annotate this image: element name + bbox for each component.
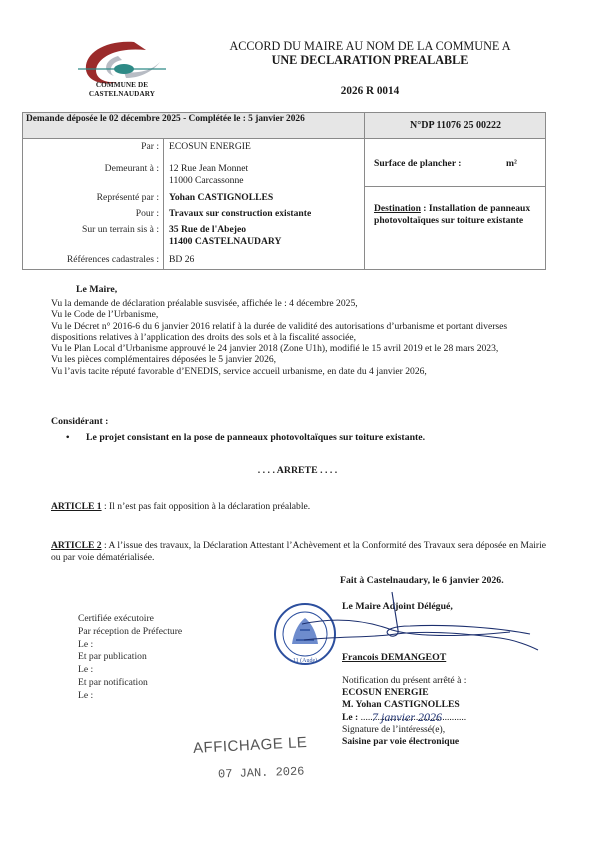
surface-unit: m² — [506, 158, 517, 170]
address-line2: 11000 Carcassonne — [169, 175, 365, 187]
label-cadastre: Références cadastrales : — [23, 254, 159, 265]
arrete-heading: . . . . ARRETE . . . . — [0, 465, 595, 476]
right-row-divider — [364, 186, 545, 187]
value-cadastre: BD 26 — [169, 254, 365, 266]
title-line2: UNE DECLARATION PREALABLE — [200, 53, 540, 67]
label-demeurant: Demeurant à : — [23, 163, 159, 174]
value-works: Travaux sur construction existante — [169, 208, 365, 220]
affichage-stamp-date: 07 JAN. 2026 — [218, 764, 305, 781]
handwritten-date: 7 janvier 2026 — [358, 706, 493, 730]
article-2-text: : A l’issue des travaux, la Déclaration … — [51, 540, 546, 563]
logo-caption-line2: CASTELNAUDARY — [70, 90, 174, 99]
signer-name: Francois DEMANGEOT — [342, 652, 446, 663]
application-table: Demande déposée le 02 décembre 2025 - Co… — [22, 112, 546, 270]
address-line1: 12 Rue Jean Monnet — [169, 163, 365, 175]
vu-item: Vu l’avis tacite réputé favorable d’ENED… — [51, 366, 545, 377]
notification-intro: Notification du présent arrêté à : — [342, 675, 466, 687]
label-represente: Représenté par : — [23, 192, 159, 203]
certif-line: Certifiée exécutoire — [78, 613, 182, 626]
value-representative: Yohan CASTIGNOLLES — [169, 192, 365, 204]
label-divider — [163, 138, 164, 269]
certification-block: Certifiée exécutoire Par réception de Pr… — [78, 613, 182, 703]
place-date: Fait à Castelnaudary, le 6 janvier 2026. — [340, 575, 504, 586]
surface-label: Surface de plancher : — [374, 158, 462, 170]
label-pour: Pour : — [23, 208, 159, 219]
label-terrain: Sur un terrain sis à : — [23, 224, 159, 235]
considerant-item: •Le projet consistant en la pose de pann… — [66, 432, 425, 443]
destination-label: Destination — [374, 203, 421, 214]
affichage-stamp-label: AFFICHAGE LE — [193, 734, 308, 757]
label-par: Par : — [23, 141, 159, 152]
terrain-line1: 35 Rue de l'Abejeo — [169, 224, 365, 236]
vu-item: Vu le Code de l’Urbanisme, — [51, 309, 545, 320]
logo-caption-line1: COMMUNE DE — [70, 81, 174, 90]
article-1: ARTICLE 1 : Il n’est pas fait opposition… — [51, 501, 546, 513]
article-1-text: : Il n’est pas fait opposition à la décl… — [102, 501, 311, 512]
value-terrain: 35 Rue de l'Abejeo 11400 CASTELNAUDARY — [169, 224, 365, 248]
terrain-line2: 11400 CASTELNAUDARY — [169, 236, 365, 248]
certif-line: Le : — [78, 690, 182, 703]
certif-line: Par réception de Préfecture — [78, 626, 182, 639]
vu-list: Vu la demande de déclaration préalable s… — [51, 298, 545, 377]
considerant-title: Considérant : — [51, 416, 108, 427]
notification-channel: Saisine par voie électronique — [342, 736, 466, 748]
vu-item: Vu la demande de déclaration préalable s… — [51, 298, 545, 309]
deposit-dates: Demande déposée le 02 décembre 2025 - Co… — [26, 114, 361, 126]
vu-item: Vu le Décret n° 2016-6 du 6 janvier 2016… — [51, 321, 545, 344]
vu-item: Vu le Plan Local d’Urbanisme approuvé le… — [51, 343, 545, 354]
table-header: Demande déposée le 02 décembre 2025 - Co… — [23, 113, 545, 139]
article-2: ARTICLE 2 : A l’issue des travaux, la Dé… — [51, 540, 546, 563]
destination: Destination : Installation de panneaux p… — [374, 203, 534, 226]
reference-number: 2026 R 0014 — [200, 85, 540, 97]
salutation: Le Maire, — [76, 284, 117, 295]
vu-item: Vu les pièces complémentaires déposées l… — [51, 354, 545, 365]
dp-number: N°DP 11076 25 00222 — [364, 113, 546, 138]
logo-caption: COMMUNE DE CASTELNAUDARY — [70, 81, 174, 99]
value-applicant: ECOSUN ENERGIE — [169, 141, 365, 153]
certif-line: Le : — [78, 664, 182, 677]
document-title: ACCORD DU MAIRE AU NOM DE LA COMMUNE A U… — [200, 39, 540, 67]
notification-company: ECOSUN ENERGIE — [342, 687, 466, 699]
certif-line: Et par notification — [78, 677, 182, 690]
title-line1: ACCORD DU MAIRE AU NOM DE LA COMMUNE A — [200, 39, 540, 53]
bullet-icon: • — [66, 432, 86, 443]
article-1-heading: ARTICLE 1 — [51, 501, 102, 512]
article-2-heading: ARTICLE 2 — [51, 540, 102, 551]
considerant-text: Le projet consistant en la pose de panne… — [86, 432, 425, 443]
svg-text:7 janvier 2026: 7 janvier 2026 — [372, 710, 442, 724]
certif-line: Et par publication — [78, 651, 182, 664]
value-address: 12 Rue Jean Monnet 11000 Carcassonne — [169, 163, 365, 187]
certif-line: Le : — [78, 639, 182, 652]
